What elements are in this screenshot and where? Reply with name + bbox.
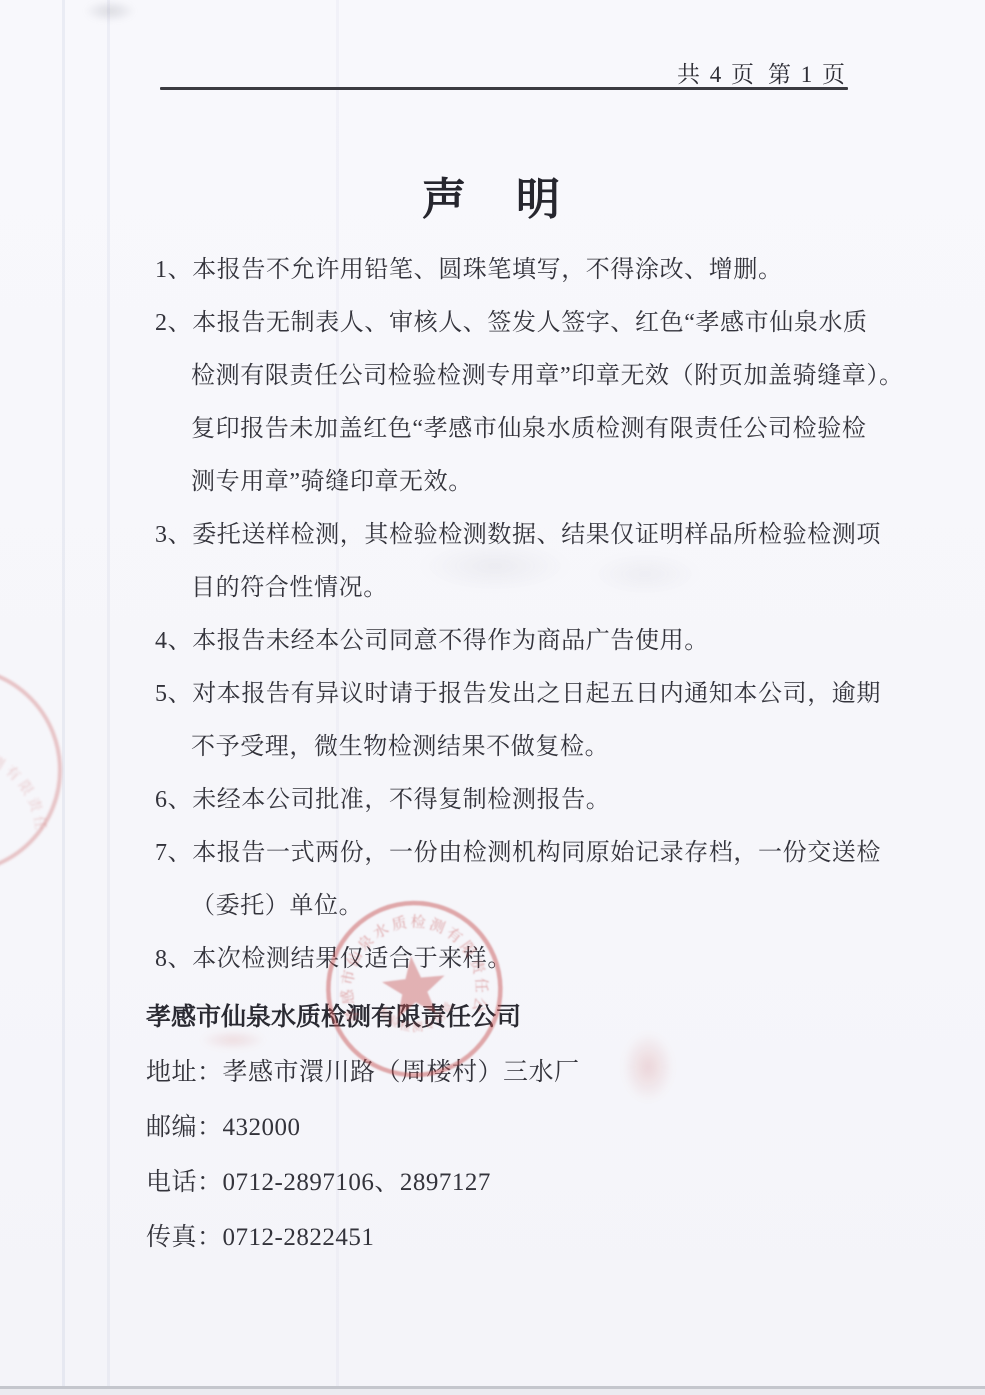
statement-item-2: 2、本报告无制表人、审核人、签发人签字、红色“孝感市仙泉水质 (155, 297, 915, 350)
statement-item-2-line-3: 复印报告未加盖红色“孝感市仙泉水质检测有限责任公司检验检 (155, 403, 915, 456)
statement-item-7-line-2: （委托）单位。 (155, 880, 915, 933)
current-page-label: 第 1 页 (768, 62, 847, 87)
seam-seal-ring-text: 孝感市仙泉水质检测有限责任公司 (0, 660, 49, 835)
seam-seal-ring (0, 668, 60, 872)
statement-item-3: 3、委托送样检测，其检验检测数据、结果仅证明样品所检验检测项 (155, 509, 915, 562)
scanned-report-page: { "header": { "pages_total": "共 4 页", "p… (0, 0, 985, 1395)
statement-item-5: 5、对本报告有异议时请于报告发出之日起五日内通知本公司，逾期 (155, 668, 915, 721)
statement-item-6: 6、未经本公司批准，不得复制检测报告。 (155, 774, 915, 827)
statement-item-8: 8、本次检测结果仅适合于来样。 (155, 933, 915, 986)
page-number-header: 共 4 页第 1 页 (677, 56, 847, 89)
company-name: 孝感市仙泉水质检测有限责任公司 (146, 990, 846, 1045)
statement-item-1: 1、本报告不允许用铅笔、圆珠笔填写，不得涂改、增删。 (155, 244, 915, 297)
statement-item-7: 7、本报告一式两份，一份由检测机构同原始记录存档，一份交送检 (155, 827, 915, 880)
company-postcode: 邮编：432000 (146, 1100, 846, 1155)
header-horizontal-rule (160, 87, 848, 90)
company-fax: 传真：0712-2822451 (146, 1210, 846, 1265)
pages-total-label: 共 4 页 (677, 62, 756, 87)
statement-item-2-line-4: 测专用章”骑缝印章无效。 (155, 456, 915, 509)
scan-smudge (84, 0, 136, 22)
seam-seal-stamp: 孝感市仙泉水质检测有限责任公司 (0, 660, 72, 882)
scan-bottom-margin (0, 1389, 985, 1395)
company-info-block: 孝感市仙泉水质检测有限责任公司 地址：孝感市澴川路（周楼村）三水厂 邮编：432… (146, 990, 846, 1265)
company-address: 地址：孝感市澴川路（周楼村）三水厂 (146, 1045, 846, 1100)
svg-text:孝感市仙泉水质检测有限责任公司: 孝感市仙泉水质检测有限责任公司 (0, 660, 49, 835)
statement-item-5-line-2: 不予受理，微生物检测结果不做复检。 (155, 721, 915, 774)
statement-title: 声 明 (0, 163, 985, 227)
statement-item-2-line-2: 检测有限责任公司检验检测专用章”印章无效（附页加盖骑缝章）。 (155, 350, 915, 403)
statement-item-4: 4、本报告未经本公司同意不得作为商品广告使用。 (155, 615, 915, 668)
statement-item-3-line-2: 目的符合性情况。 (155, 562, 915, 615)
statement-list: 1、本报告不允许用铅笔、圆珠笔填写，不得涂改、增删。 2、本报告无制表人、审核人… (155, 244, 915, 986)
company-phone: 电话：0712-2897106、2897127 (146, 1155, 846, 1210)
